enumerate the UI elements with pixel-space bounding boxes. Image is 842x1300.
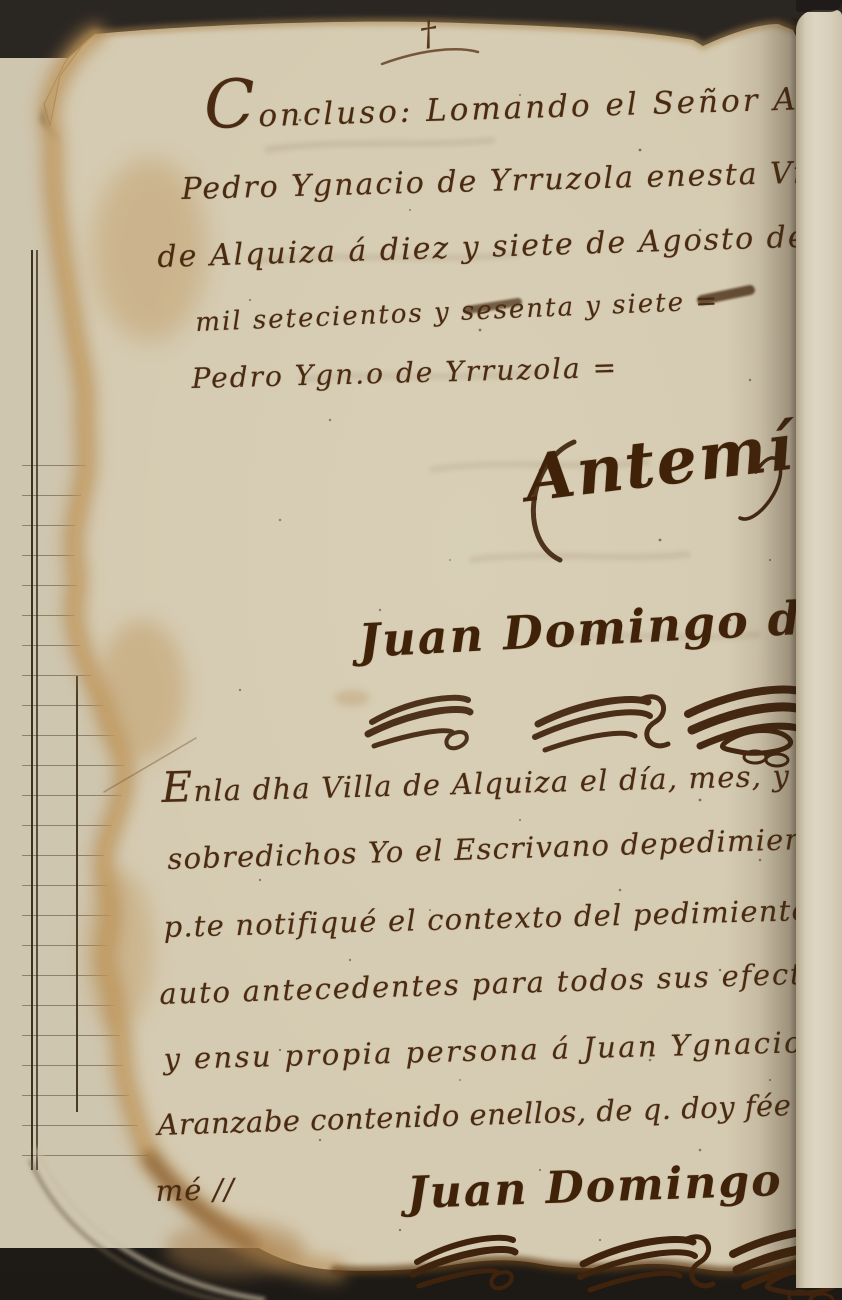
manuscript-line: mil setecientos y sesenta y siete =: [195, 286, 720, 338]
curled-page-edge: [796, 10, 842, 1288]
manuscript-text: † Concluso: Lomando el Señor Alc.e Pedro…: [0, 0, 842, 1300]
manuscript-line: de Alquiza á diez y siete de Agosto de: [157, 220, 808, 275]
gutter-fold-shadow: [726, 18, 798, 1270]
spine-top-shadow: [796, 0, 842, 12]
manuscript-line: Pedro Ygn.o de Yrruzola =: [191, 351, 618, 395]
invocation-cross-icon: †: [417, 13, 441, 55]
manuscript-line: mé //: [155, 1172, 235, 1208]
